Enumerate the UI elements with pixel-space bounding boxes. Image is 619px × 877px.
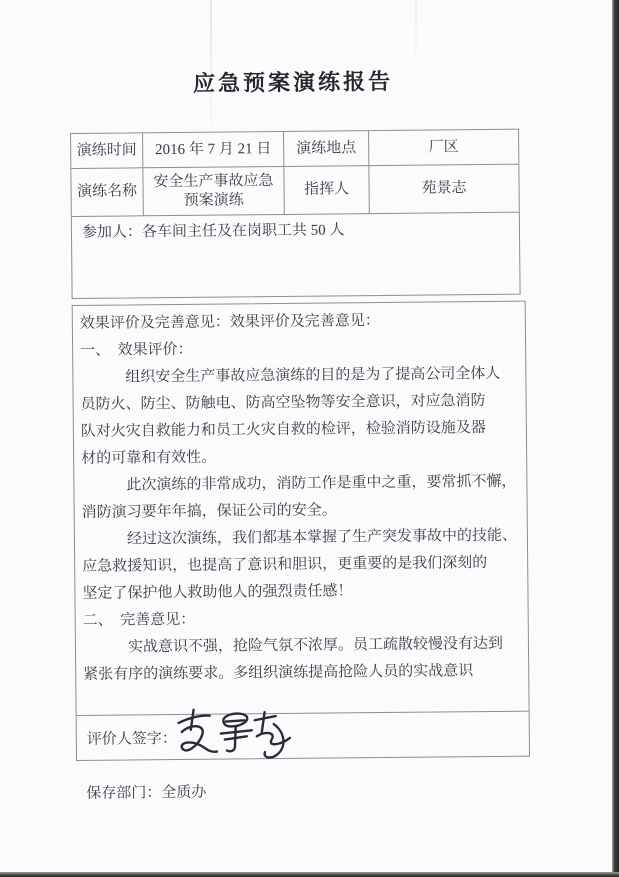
participants-cell: 参加人：各车间主任及在岗职工共 50 人 bbox=[72, 213, 520, 298]
signature-handwriting bbox=[173, 702, 304, 765]
drill-info-table: 演练时间 2016 年 7 月 21 日 演练地点 厂区 演练名称 安全生产事故… bbox=[70, 129, 521, 299]
evaluation-line: 坚定了保护他人救助他人的强烈责任感！ bbox=[82, 577, 520, 608]
evaluation-line: 紧张有序的演练要求。多组织演练提高抢险人员的实战意识 bbox=[83, 658, 521, 689]
evaluation-cell: 效果评价及完善意见：效果评价及完善意见： 一、 效果评价： 组织安全生产事故应急… bbox=[73, 302, 529, 716]
drill-name-label: 演练名称 bbox=[71, 168, 143, 217]
commander-value: 苑景志 bbox=[369, 165, 518, 214]
drill-time-label: 演练时间 bbox=[71, 133, 143, 169]
evaluation-line: 效果评价及完善意见：效果评价及完善意见： bbox=[80, 307, 518, 338]
evaluation-line: 经过这次演练，我们都基本掌握了生产突发事故中的技能、 bbox=[82, 523, 520, 554]
evaluation-line: 组织安全生产事故应急演练的目的是为了提高公司全体人 bbox=[80, 361, 518, 392]
report-sheet: 应急预案演练报告 演练时间 2016 年 7 月 21 日 演练地点 厂区 演练… bbox=[0, 0, 619, 877]
drill-name-value: 安全生产事故应急 预案演练 bbox=[143, 167, 284, 216]
commander-label: 指挥人 bbox=[284, 166, 369, 215]
evaluation-line: 员防火、防尘、防触电、防高空坠物等安全意识，对应急消防 bbox=[81, 388, 519, 419]
report-title: 应急预案演练报告 bbox=[69, 64, 516, 99]
drill-location-value: 厂区 bbox=[369, 130, 518, 166]
scan-edge-bottom bbox=[0, 872, 619, 877]
evaluation-line: 二、 完善意见： bbox=[83, 604, 521, 635]
scan-edge-right bbox=[612, 0, 619, 877]
evaluation-line: 材的可靠和有效性。 bbox=[81, 442, 519, 473]
drill-location-label: 演练地点 bbox=[284, 131, 369, 167]
evaluation-line: 消防演习要年年搞，保证公司的安全。 bbox=[82, 496, 520, 527]
evaluation-line: 此次演练的非常成功，消防工作是重中之重，要常抓不懈， bbox=[81, 469, 519, 500]
evaluation-line: 队对火灾自救能力和员工火灾自救的检评，检验消防设施及器 bbox=[81, 415, 519, 446]
evaluation-line: 一、 效果评价： bbox=[80, 334, 518, 365]
signature-row: 评价人签字： bbox=[77, 712, 529, 760]
evaluation-line: 应急救援知识，也提高了意识和胆识，更重要的是我们深刻的 bbox=[82, 550, 520, 581]
save-department-note: 保存部门：全质办 bbox=[86, 781, 206, 803]
drill-time-value: 2016 年 7 月 21 日 bbox=[143, 132, 284, 168]
evaluation-table: 效果评价及完善意见：效果评价及完善意见： 一、 效果评价： 组织安全生产事故应急… bbox=[72, 301, 530, 761]
signature-label: 评价人签字： bbox=[87, 727, 177, 749]
scanned-report-page: 应急预案演练报告 演练时间 2016 年 7 月 21 日 演练地点 厂区 演练… bbox=[0, 0, 619, 877]
evaluation-line: 实战意识不强，抢险气氛不浓厚。员工疏散较慢没有达到 bbox=[83, 631, 521, 662]
